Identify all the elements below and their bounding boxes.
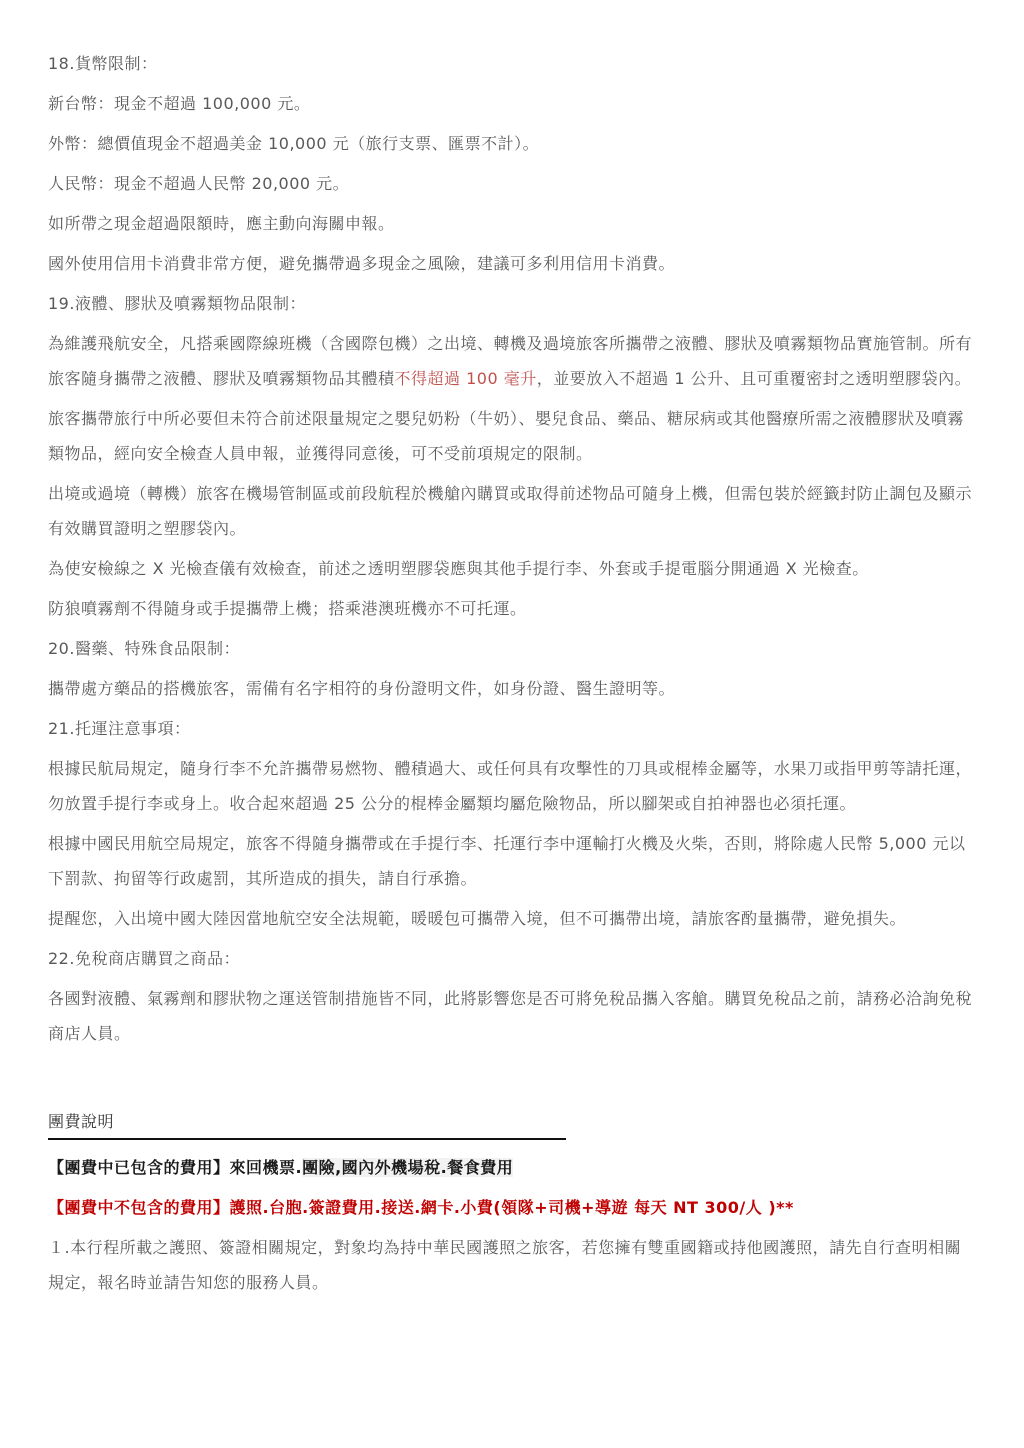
currency-rmb-paragraph: 人民幣：現金不超過人民幣 20,000 元。 (48, 166, 976, 201)
china-lighter-rules-paragraph: 根據中國民用航空局規定，旅客不得隨身攜帶或在手提行李、托運行李中運輸打火機及火柴… (48, 826, 976, 896)
xray-inspection-paragraph: 為使安檢線之 X 光檢查儀有效檢查，前述之透明塑膠袋應與其他手提行李、外套或手提… (48, 551, 976, 586)
fee-section-title: 團費說明 (48, 1111, 566, 1133)
warmer-pack-reminder-paragraph: 提醒您，入出境中國大陸因當地航空安全法規範，暖暖包可攜帶入境，但不可攜帶出境，請… (48, 901, 976, 936)
liquids-limit-paragraph: 為維護飛航安全，凡搭乘國際線班機（含國際包機）之出境、轉機及過境旅客所攜帶之液體… (48, 326, 976, 396)
liquids-limit-text-post: ，並要放入不超過 1 公升、且可重覆密封之透明塑膠袋內。 (537, 369, 971, 388)
section-20-heading: 20.醫藥、特殊食品限制： (48, 631, 976, 666)
section-duty-free-goods: 22.免稅商店購買之商品： 各國對液體、氣霧劑和膠狀物之運送管制措施皆不同，此將… (48, 941, 976, 1051)
fee-section-title-underline: 團費說明 (48, 1111, 566, 1140)
section-checked-baggage: 21.托運注意事項： 根據民航局規定，隨身行李不允許攜帶易燃物、體積過大、或任何… (48, 711, 976, 936)
prescription-id-paragraph: 攜帶處方藥品的搭機旅客，需備有名字相符的身份證明文件，如身份證、醫生證明等。 (48, 671, 976, 706)
customs-declaration-paragraph: 如所帶之現金超過限額時，應主動向海關申報。 (48, 206, 976, 241)
section-liquids-gels-aerosols: 19.液體、膠狀及噴霧類物品限制： 為維護飛航安全，凡搭乘國際線班機（含國際包機… (48, 286, 976, 626)
section-medicine-special-food: 20.醫藥、特殊食品限制： 攜帶處方藥品的搭機旅客，需備有名字相符的身份證明文件… (48, 631, 976, 706)
section-currency-limits: 18.貨幣限制： 新台幣：現金不超過 100,000 元。 外幣：總價值現金不超… (48, 46, 976, 281)
section-18-heading: 18.貨幣限制： (48, 46, 976, 81)
credit-card-advice-paragraph: 國外使用信用卡消費非常方便，避免攜帶過多現金之風險，建議可多利用信用卡消費。 (48, 246, 976, 281)
fee-description-section: 團費說明 【團費中已包含的費用】來回機票.團險,國內外機場稅.餐食費用 【團費中… (48, 1111, 976, 1300)
section-22-heading: 22.免稅商店購買之商品： (48, 941, 976, 976)
medical-exception-paragraph: 旅客攜帶旅行中所必要但未符合前述限量規定之嬰兒奶粉（牛奶）、嬰兒食品、藥品、糖尿… (48, 401, 976, 471)
currency-foreign-paragraph: 外幣：總價值現金不超過美金 10,000 元（旅行支票、匯票不計）。 (48, 126, 976, 161)
fee-included-highlighted-text: 團險,國內外機場稅.餐食費用 (302, 1158, 513, 1177)
fee-included-line: 【團費中已包含的費用】來回機票.團險,國內外機場稅.餐食費用 (48, 1150, 976, 1185)
duty-free-sealed-bag-paragraph: 出境或過境（轉機）旅客在機場管制區或前段航程於機艙內購買或取得前述物品可隨身上機… (48, 476, 976, 546)
liquids-limit-red-emphasis: 不得超過 100 毫升 (395, 369, 537, 388)
caa-rules-paragraph: 根據民航局規定，隨身行李不允許攜帶易燃物、體積過大、或任何具有攻擊性的刀具或棍棒… (48, 751, 976, 821)
fee-excluded-line: 【團費中不包含的費用】護照.台胞.簽證費用.接送.網卡.小費(領隊+司機+導遊 … (48, 1190, 976, 1225)
fee-included-prefix: 【團費中已包含的費用】來回機票. (48, 1158, 302, 1177)
passport-visa-note-paragraph: １.本行程所載之護照、簽證相關規定，對象均為持中華民國護照之旅客，若您擁有雙重國… (48, 1230, 976, 1300)
section-19-heading: 19.液體、膠狀及噴霧類物品限制： (48, 286, 976, 321)
currency-twd-paragraph: 新台幣：現金不超過 100,000 元。 (48, 86, 976, 121)
pepper-spray-paragraph: 防狼噴霧劑不得隨身或手提攜帶上機；搭乘港澳班機亦不可托運。 (48, 591, 976, 626)
duty-free-advice-paragraph: 各國對液體、氣霧劑和膠狀物之運送管制措施皆不同，此將影響您是否可將免稅品攜入客艙… (48, 981, 976, 1051)
travel-notice-document: 18.貨幣限制： 新台幣：現金不超過 100,000 元。 外幣：總價值現金不超… (0, 0, 1024, 1448)
section-21-heading: 21.托運注意事項： (48, 711, 976, 746)
